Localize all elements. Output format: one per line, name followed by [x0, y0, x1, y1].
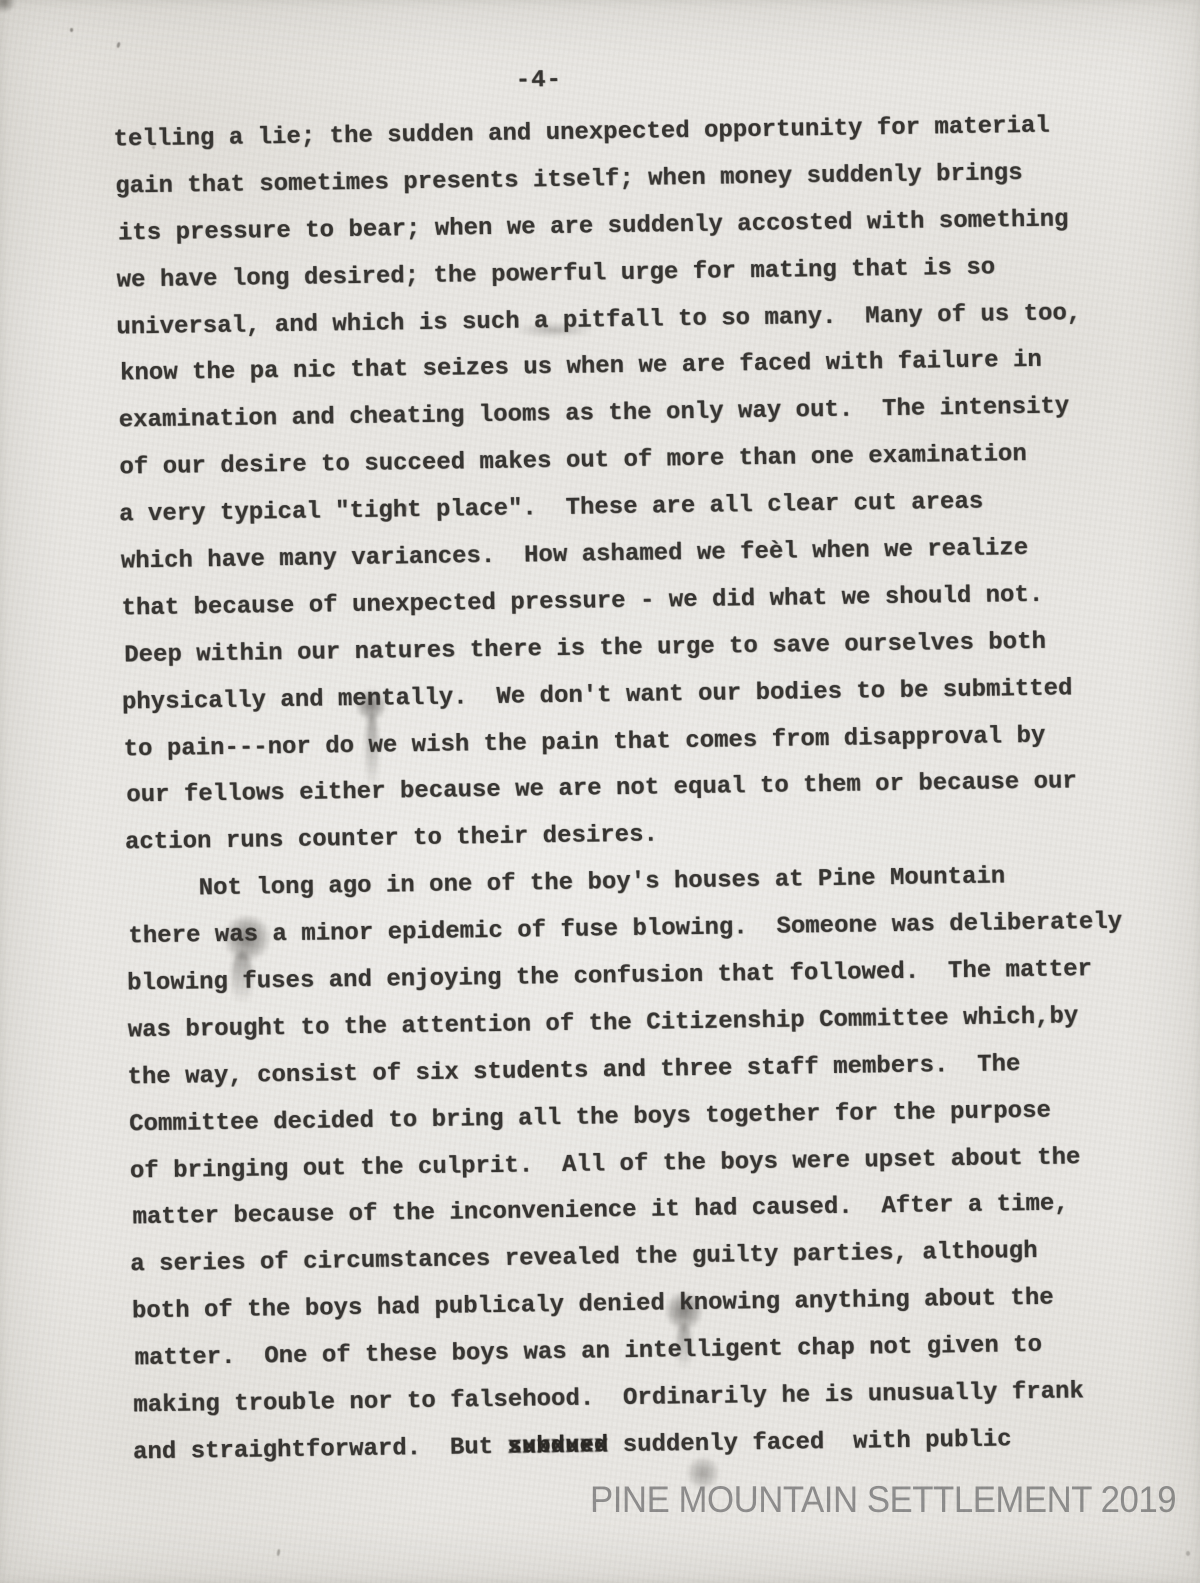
paper-speck [276, 1549, 280, 1556]
final-line-pre: and straightforward. But [133, 1434, 508, 1467]
paper-speck [70, 28, 73, 32]
struck-word: subduedxxxxxxx [507, 1431, 608, 1462]
page-number: -4- [516, 67, 563, 95]
scanned-page: -4- telling a lie; the sudden and unexpe… [0, 0, 1200, 1583]
paper-speck [1186, 1551, 1190, 1556]
paper-speck [116, 42, 120, 49]
struck-word-overtype: xxxxxxx [507, 1431, 608, 1462]
archive-watermark: PINE MOUNTAIN SETTLEMENT 2019 [590, 1479, 1176, 1521]
final-line-post: suddenly faced with public [608, 1426, 1012, 1459]
body-text: telling a lie; the sudden and unexpected… [114, 59, 1145, 1486]
typewritten-text-block: -4- telling a lie; the sudden and unexpe… [114, 59, 1145, 1486]
scan-corner-mark [0, 0, 17, 12]
